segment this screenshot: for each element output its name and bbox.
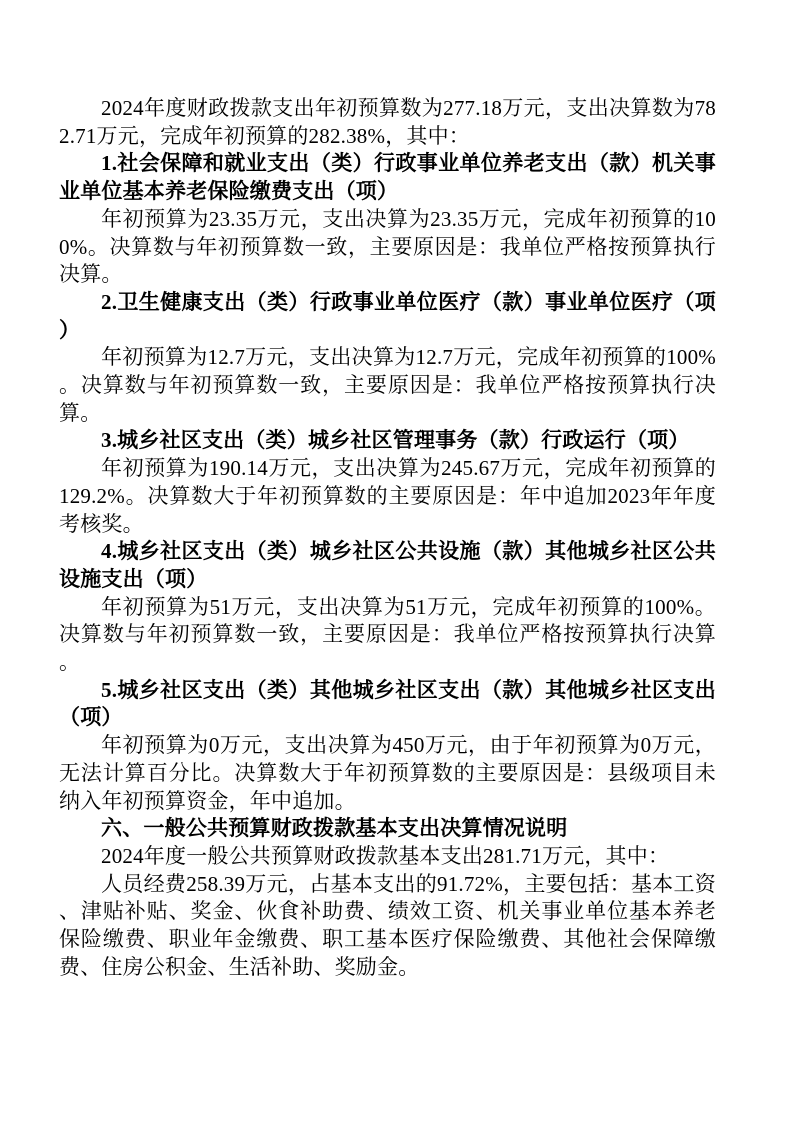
numbered-item-heading: 4.城乡社区支出（类）城乡社区公共设施（款）其他城乡社区公共设施支出（项） xyxy=(59,538,716,593)
numbered-item-heading: 2.卫生健康支出（类）行政事业单位医疗（款）事业单位医疗（项） xyxy=(59,289,716,344)
document-page: 2024年度财政拨款支出年初预算数为277.18万元，支出决算数为782.71万… xyxy=(0,0,793,1122)
numbered-item-heading: 1.社会保障和就业支出（类）行政事业单位养老支出（款）机关事业单位基本养老保险缴… xyxy=(59,150,716,205)
body-paragraph: 2024年度一般公共预算财政拨款基本支出281.71万元，其中： xyxy=(59,843,716,871)
body-paragraph: 2024年度财政拨款支出年初预算数为277.18万元，支出决算数为782.71万… xyxy=(59,95,716,150)
body-paragraph: 年初预算为12.7万元，支出决算为12.7万元，完成年初预算的100%。决算数与… xyxy=(59,344,716,427)
body-paragraph: 年初预算为0万元，支出决算为450万元，由于年初预算为0万元，无法计算百分比。决… xyxy=(59,732,716,815)
numbered-item-heading: 5.城乡社区支出（类）其他城乡社区支出（款）其他城乡社区支出（项） xyxy=(59,677,716,732)
numbered-item-heading: 3.城乡社区支出（类）城乡社区管理事务（款）行政运行（项） xyxy=(59,427,716,455)
document-text-block: 2024年度财政拨款支出年初预算数为277.18万元，支出决算数为782.71万… xyxy=(59,95,716,982)
body-paragraph: 年初预算为23.35万元，支出决算为23.35万元，完成年初预算的100%。决算… xyxy=(59,206,716,289)
section-heading: 六、一般公共预算财政拨款基本支出决算情况说明 xyxy=(59,815,716,843)
body-paragraph: 年初预算为190.14万元，支出决算为245.67万元，完成年初预算的129.2… xyxy=(59,455,716,538)
body-paragraph: 年初预算为51万元，支出决算为51万元，完成年初预算的100%。决算数与年初预算… xyxy=(59,594,716,677)
body-paragraph: 人员经费258.39万元，占基本支出的91.72%，主要包括：基本工资、津贴补贴… xyxy=(59,871,716,982)
